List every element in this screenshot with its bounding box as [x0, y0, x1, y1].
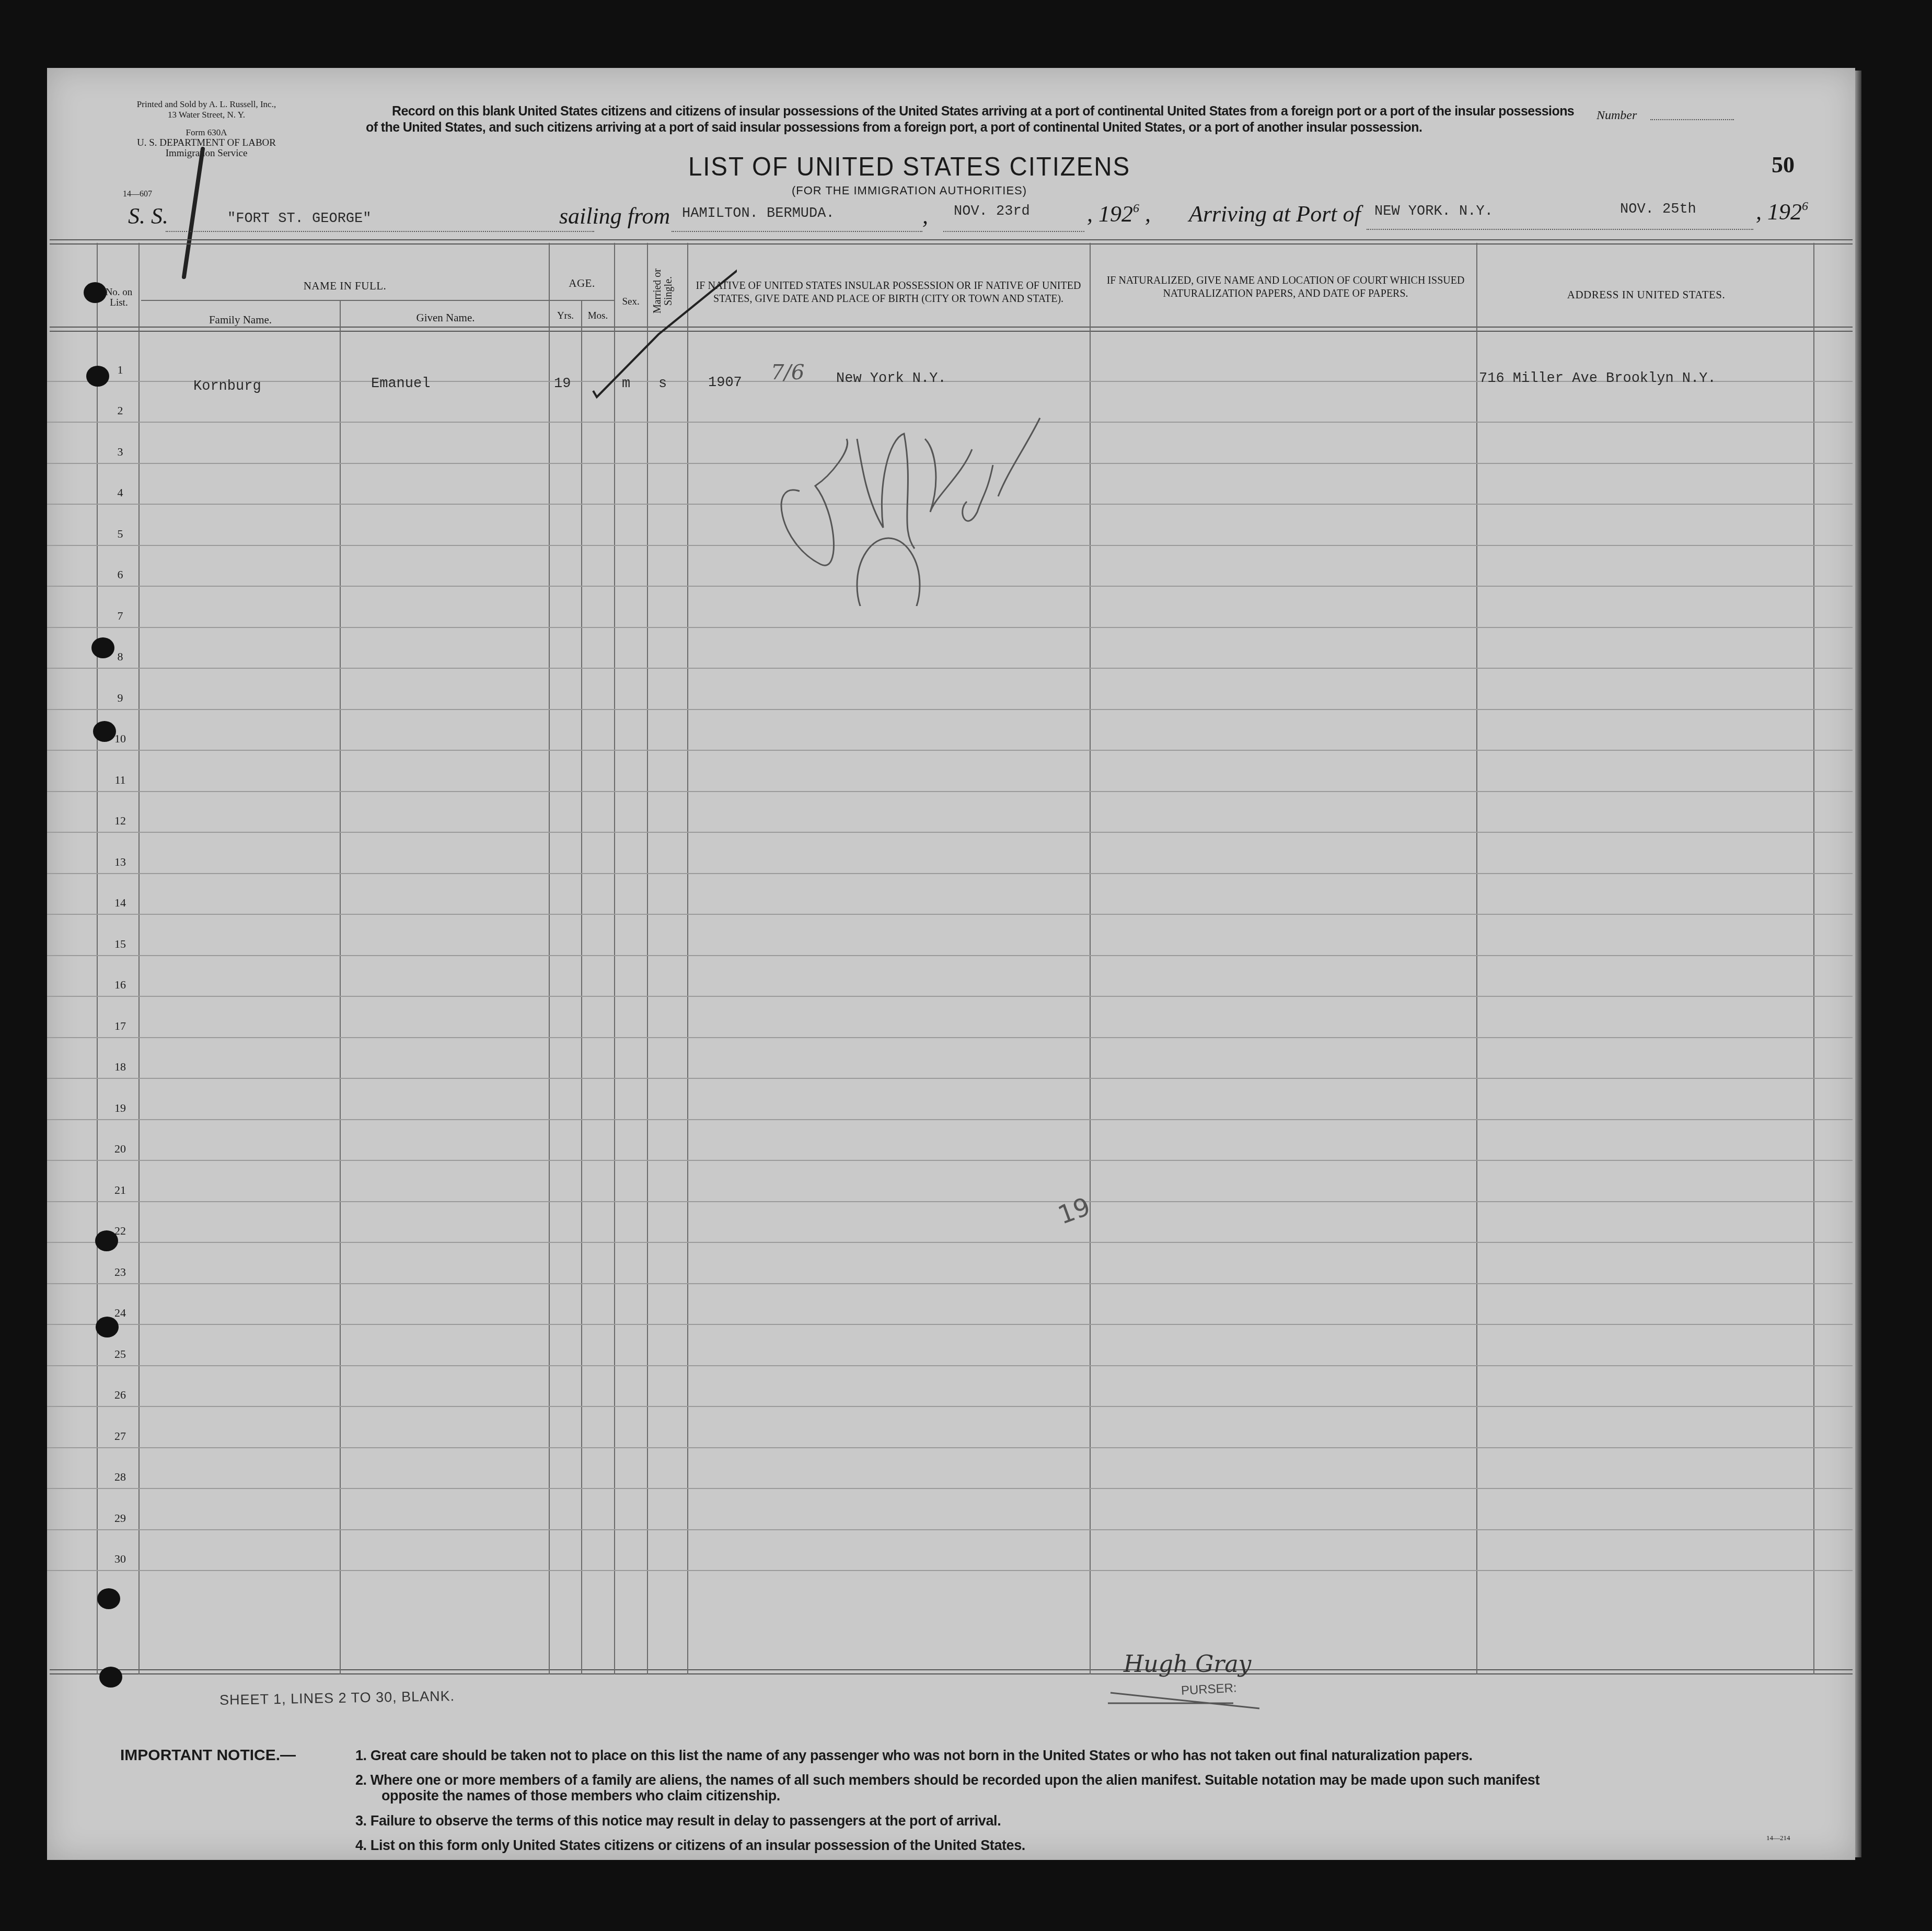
punch-hole	[91, 637, 114, 658]
row-number: 28	[99, 1470, 141, 1484]
punch-hole	[95, 1230, 118, 1251]
punch-hole	[86, 366, 109, 387]
row-number: 14	[99, 896, 141, 910]
punch-hole	[93, 721, 116, 742]
col-naturalized: IF NATURALIZED, GIVE NAME AND LOCATION O…	[1103, 274, 1468, 300]
arrival-date[interactable]: NOV. 25th	[1620, 202, 1696, 217]
row-rule	[47, 1488, 1853, 1489]
row-number: 29	[99, 1511, 141, 1525]
row-number: 3	[99, 445, 141, 459]
stamped-number: 19	[1054, 1192, 1094, 1230]
sheet-note: SHEET 1, LINES 2 TO 30, BLANK.	[219, 1688, 455, 1708]
row-rule	[47, 1447, 1853, 1448]
notice-item-1: 1. Great care should be taken not to pla…	[355, 1748, 1473, 1764]
page-title: LIST OF UNITED STATES CITIZENS	[661, 152, 1158, 182]
form-number: Form 630A	[97, 127, 316, 138]
row-rule	[47, 955, 1853, 956]
row-rule	[47, 627, 1853, 628]
row-number: 7	[99, 609, 141, 623]
row-rule	[47, 791, 1853, 792]
row-number: 26	[99, 1388, 141, 1402]
birth-place-cell[interactable]: New York N.Y.	[836, 371, 946, 387]
row-rule	[47, 1324, 1853, 1325]
row-rule	[47, 1529, 1853, 1530]
row-number: 15	[99, 937, 141, 951]
row-rule	[47, 914, 1853, 915]
notice-heading: IMPORTANT NOTICE.—	[120, 1747, 296, 1764]
row-number: 20	[99, 1142, 141, 1156]
ship-name[interactable]: "FORT ST. GEORGE"	[227, 211, 371, 227]
row-rule	[47, 1160, 1853, 1161]
address-cell[interactable]: 716 Miller Ave Brooklyn N.Y.	[1479, 371, 1716, 387]
row-number: 30	[99, 1552, 141, 1566]
row-number: 16	[99, 978, 141, 992]
row-number: 9	[99, 691, 141, 705]
manifest-page: Printed and Sold by A. L. Russell, Inc.,…	[47, 68, 1855, 1860]
row-rule	[47, 1119, 1853, 1120]
col-given-name: Given Name.	[342, 311, 549, 324]
row-rule	[47, 1570, 1853, 1571]
birth-handwritten-cell: 7/6	[771, 360, 804, 385]
notice-item-2: 2. Where one or more members of a family…	[355, 1772, 1540, 1788]
notice-item-3: 3. Failure to observe the terms of this …	[355, 1813, 1001, 1829]
form-code: 14—607	[123, 190, 152, 199]
row-number: 18	[99, 1060, 141, 1074]
family-name-cell[interactable]: Kornburg	[193, 379, 261, 394]
row-rule	[47, 750, 1853, 751]
punch-hole	[99, 1667, 122, 1688]
punch-hole	[97, 1588, 120, 1609]
row-rule	[47, 1201, 1853, 1202]
purser-underline-icon	[1108, 1688, 1265, 1719]
col-address: ADDRESS IN UNITED STATES.	[1479, 288, 1813, 301]
arriving-label: Arriving at Port of	[1189, 201, 1361, 227]
purser-signature: Hugh Gray	[1124, 1651, 1251, 1678]
row-number: 19	[99, 1101, 141, 1115]
table-bottom-rule	[50, 1669, 1853, 1674]
row-rule	[47, 668, 1853, 669]
row-number: 11	[99, 773, 141, 787]
departure-date[interactable]: NOV. 23rd	[954, 204, 1030, 219]
row-rule	[47, 832, 1853, 833]
number-field[interactable]	[1650, 119, 1734, 120]
row-rule	[47, 873, 1853, 874]
row-number: 25	[99, 1347, 141, 1361]
age-years-cell[interactable]: 19	[554, 376, 571, 392]
row-rule	[47, 1078, 1853, 1079]
punch-hole	[96, 1317, 119, 1337]
row-number: 21	[99, 1183, 141, 1197]
printer-line-1: Printed and Sold by A. L. Russell, Inc.,	[97, 99, 316, 110]
col-yrs: Yrs.	[550, 309, 581, 322]
col-birth: IF NATIVE OF UNITED STATES INSULAR POSSE…	[695, 280, 1082, 306]
handwritten-scribble-icon	[758, 408, 1071, 606]
row-rule	[47, 1365, 1853, 1366]
punch-hole	[84, 282, 107, 303]
arrival-port[interactable]: NEW YORK. N.Y.	[1374, 204, 1493, 219]
row-number: 2	[99, 404, 141, 417]
row-rule	[47, 1406, 1853, 1407]
row-number: 13	[99, 855, 141, 869]
row-number: 6	[99, 568, 141, 581]
row-number: 4	[99, 486, 141, 499]
printer-line-2: 13 Water Street, N. Y.	[97, 110, 316, 120]
number-label: Number	[1596, 109, 1637, 123]
row-rule	[47, 709, 1853, 710]
voyage-line: S. S. "FORT ST. GEORGE" sailing from HAM…	[128, 199, 1853, 240]
row-number: 27	[99, 1429, 141, 1443]
notice-item-2-cont: opposite the names of those members who …	[381, 1788, 780, 1804]
row-number: 5	[99, 527, 141, 541]
row-number: 17	[99, 1019, 141, 1033]
table-top-rule	[50, 239, 1853, 245]
row-rule	[47, 1242, 1853, 1243]
col-family-name: Family Name.	[141, 313, 340, 327]
page-subtitle: (FOR THE IMMIGRATION AUTHORITIES)	[648, 184, 1171, 197]
departure-port[interactable]: HAMILTON. BERMUDA.	[682, 206, 835, 222]
arrival-year: , 1926	[1756, 199, 1808, 225]
check-mark-icon	[580, 256, 737, 413]
header-bottom-rule	[50, 327, 1853, 332]
col-name-in-full: NAME IN FULL.	[141, 280, 549, 293]
sailing-from-label: sailing from	[559, 203, 670, 229]
notice-item-4: 4. List on this form only United States …	[355, 1837, 1025, 1854]
bottom-form-code: 14—214	[1766, 1834, 1790, 1842]
row-rule	[47, 996, 1853, 997]
page-number: 50	[1772, 152, 1795, 178]
row-rule	[47, 1283, 1853, 1284]
row-number: 23	[99, 1265, 141, 1279]
row-rule	[47, 1037, 1853, 1038]
departure-year: , 1926 ,	[1087, 201, 1151, 227]
record-instructions: Record on this blank United States citiz…	[366, 103, 1578, 136]
ss-label: S. S.	[128, 203, 168, 229]
given-name-cell[interactable]: Emanuel	[371, 376, 430, 392]
row-number: 12	[99, 814, 141, 828]
